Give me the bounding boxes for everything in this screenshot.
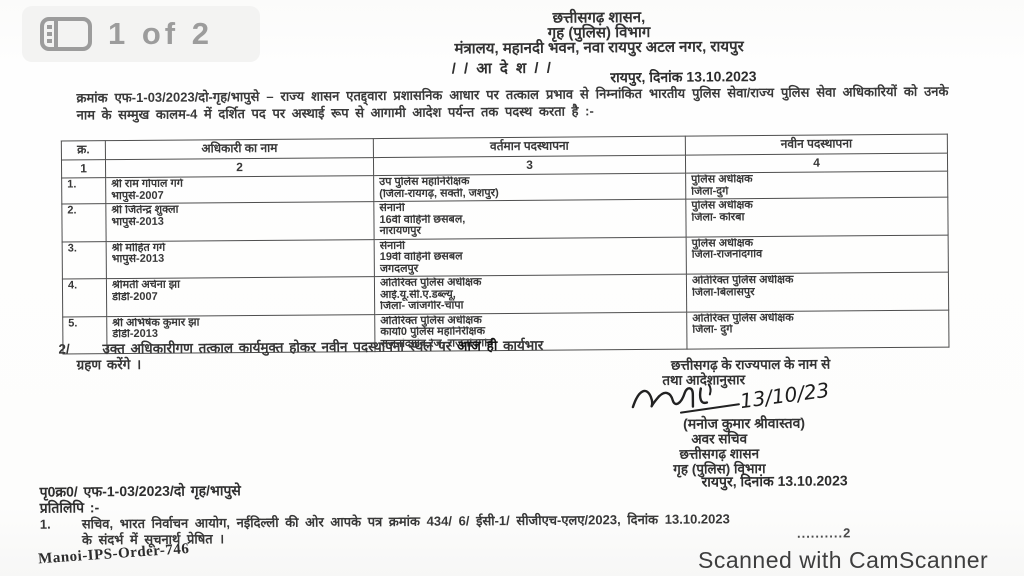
col-header-officer-name: अधिकारी का नाम — [105, 139, 373, 160]
para2-text-before: उक्त अधिकारीगण तत्काल कार्यमुक्त होकर नव… — [102, 338, 451, 356]
handwritten-date: 13/10/23 — [738, 378, 830, 413]
signatory-post: अवर सचिव — [609, 432, 829, 448]
cell-line: जिला-राजनांदगांव — [692, 248, 943, 261]
cell-line: जिला-बिलासपुर — [692, 285, 943, 298]
cell-line: नारायणपुर — [380, 224, 681, 238]
para2-text-after: कार्यभार — [503, 338, 543, 353]
pages-icon — [40, 17, 92, 51]
scanned-document-page: 1 of 2 छत्तीसगढ़ शासन, गृह (पुलिस) विभाग… — [0, 0, 1024, 576]
current-posting-cell: सेनानी19वीं वाहिनी छसबलजगदलपुर — [374, 237, 686, 277]
para2-line2: ग्रहण करेंगे । — [77, 355, 142, 374]
officer-name-cell: श्रीमती अर्चना झाडीडी-2007 — [106, 277, 374, 317]
officer-sno: 4. — [62, 279, 106, 317]
signatory-name: (मनोज कुमार श्रीवास्तव) — [609, 415, 879, 431]
col-number-3: 3 — [373, 155, 685, 176]
current-posting-cell: सेनानी16वीं वाहिनी छसबल,नारायणपुर — [374, 199, 686, 239]
document-body: छत्तीसगढ़ शासन, गृह (पुलिस) विभाग मंत्रा… — [0, 0, 1024, 576]
page-count-indicator: 1 of 2 — [22, 6, 260, 62]
signatory-org-line1: छत्तीसगढ़ शासन — [609, 447, 829, 463]
page-count-label: 1 of 2 — [108, 16, 213, 52]
para2-number: 2/ — [58, 341, 102, 356]
camscanner-watermark: Scanned with CamScanner — [698, 547, 988, 574]
current-posting-cell: अतिरिक्त पुलिस अधीक्षकआई.यू.सी.ए.डब्ल्यू… — [374, 274, 686, 314]
order-heading: / / आ दे श / / — [376, 57, 628, 79]
para2-emphasis: आज ही — [457, 338, 497, 353]
col-number-2: 2 — [105, 157, 373, 178]
col-header-current-posting: वर्तमान पदस्थापना — [373, 136, 685, 157]
current-posting-cell: उप पुलिस महानिरीक्षक(जिला-रायगढ़, सक्ती,… — [374, 173, 686, 201]
cell-line: जिला- कोरबा — [691, 210, 942, 223]
new-posting-cell: पुलिस अधीक्षकजिला-दुर्ग — [686, 171, 948, 199]
officer-sno: 2. — [62, 204, 106, 242]
officer-sno: 1. — [62, 178, 106, 204]
cell-line: जिला- जांजगीर-चांपा — [380, 299, 681, 313]
officer-name-cell: श्री जितेन्द्र शुक्लाभापुसे-2013 — [106, 202, 374, 242]
endorsement-dateline: रायपुर, दिनांक 13.10.2023 — [701, 471, 847, 491]
authority-line-1: छत्तीसगढ़ के राज्यपाल के नाम से — [601, 357, 901, 373]
copies-label: प्रतिलिपि :- — [40, 498, 100, 517]
new-posting-cell: पुलिस अधीक्षकजिला-राजनांदगांव — [686, 235, 948, 275]
cell-line: (जिला-रायगढ़, सक्ती, जशपुर) — [379, 186, 680, 200]
officer-sno: 3. — [62, 241, 106, 279]
copy-item-number: 1. — [40, 516, 82, 548]
cell-line: भापुसे-2013 — [111, 215, 368, 229]
officer-name-cell: श्री राम गोपाल गर्गभापुसे-2007 — [106, 176, 374, 204]
new-posting-cell: पुलिस अधीक्षकजिला- कोरबा — [686, 197, 948, 237]
new-posting-cell: अतिरिक्त पुलिस अधीक्षकजिला-बिलासपुर — [686, 272, 948, 312]
col-number-4: 4 — [685, 153, 947, 174]
postings-table: क्र. अधिकारी का नाम वर्तमान पदस्थापना नव… — [61, 134, 950, 355]
officer-name-cell: श्री मोहित गर्गभापुसे-2013 — [106, 239, 374, 279]
cell-line: भापुसे-2007 — [111, 189, 368, 203]
col-number-1: 1 — [61, 159, 105, 178]
col-header-new-posting: नवीन पदस्थापना — [685, 134, 947, 155]
cell-line: जगदलपुर — [380, 261, 681, 275]
cell-line: डीडी-2007 — [112, 290, 369, 304]
order-paragraph: क्रमांक एफ-1-03/2023/दो-गृह/भापुसे – राज… — [76, 84, 948, 124]
cell-line: भापुसे-2013 — [112, 252, 369, 266]
cell-line: जिला-दुर्ग — [691, 184, 942, 197]
continuation-marker: ..........2 — [797, 525, 851, 540]
col-header-sno: क्र. — [61, 141, 105, 160]
